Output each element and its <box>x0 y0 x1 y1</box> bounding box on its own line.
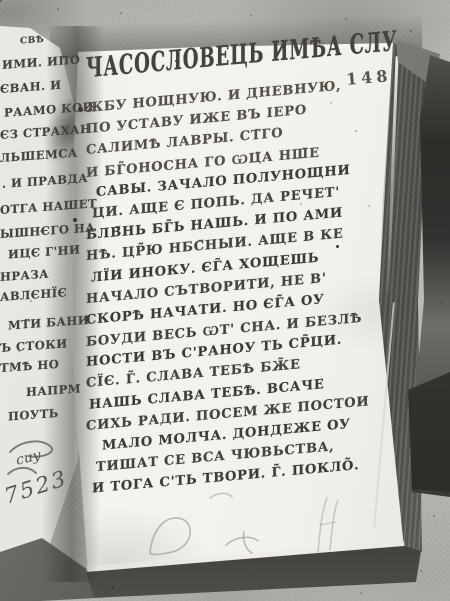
ink-blot <box>175 60 178 62</box>
left-page-fragment: ышнєго на <box>0 220 95 241</box>
photo-frame: свѣ ими. ипо єван. и раамо кои єз страха… <box>0 0 450 601</box>
left-page-fragment: поуть <box>8 406 59 424</box>
manuscript-text: ЧАСОСЛОВЕЦЬ ИМѢА СЛУ жбу нощную. и дневн… <box>86 29 386 504</box>
ink-blot <box>73 218 77 222</box>
ink-blot <box>78 107 83 112</box>
left-page-fragment: напрм <box>26 381 81 399</box>
marginalia-note: сиу <box>15 447 42 469</box>
marginalia-number: 7523 <box>2 466 70 510</box>
left-page-fragment: льшемса <box>0 146 78 165</box>
left-page-fragment: єз страхан <box>0 122 91 142</box>
left-page-fragment: ъ стоки <box>0 336 68 355</box>
left-page-fragment: нраза <box>0 267 49 284</box>
left-page-fragment: отга нашет <box>0 196 97 217</box>
ink-blot <box>111 586 114 589</box>
left-page-fragment: свѣ <box>20 35 44 47</box>
ink-blot <box>336 245 339 248</box>
left-page-fragment: ицє г'ни <box>8 242 80 261</box>
left-page-fragment: тмѣ но <box>0 357 59 375</box>
left-page-fragment: ими. ипо <box>2 52 80 71</box>
left-page-text: свѣ ими. ипо єван. и раамо кои єз страха… <box>0 32 90 578</box>
left-page-fragment: єван. и <box>0 78 61 96</box>
left-page-fragment: авлєнїє <box>0 285 67 304</box>
manuscript-body: жбу нощную. и дневную, по уставу иже въ … <box>86 75 386 504</box>
left-page-fragment: мт̃и бани <box>8 313 89 333</box>
left-page-fragment: . и правда <box>2 171 88 191</box>
dust-specks <box>0 0 2 2</box>
